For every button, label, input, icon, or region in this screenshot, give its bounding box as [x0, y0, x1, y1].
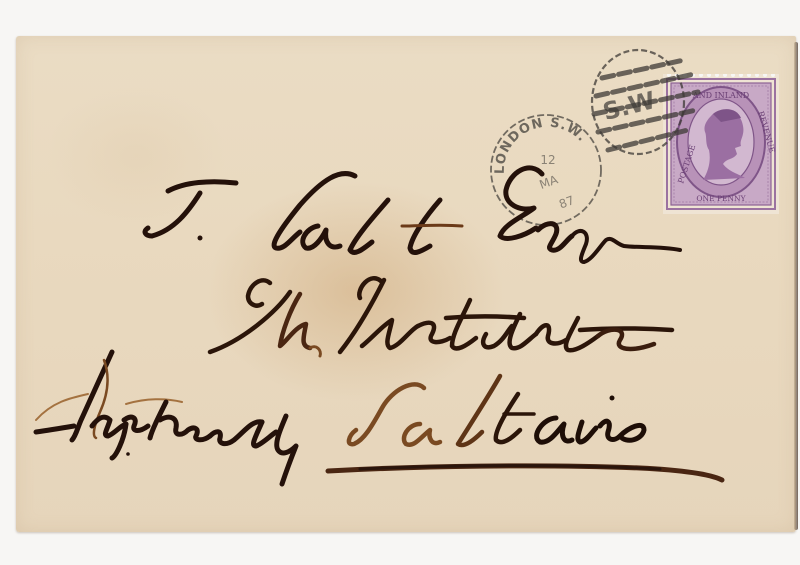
handwritten-address: [0, 0, 800, 565]
annotation-bradford: [36, 352, 296, 484]
address-line-1: [145, 168, 680, 262]
address-line-2: [210, 278, 672, 356]
address-line-3: [349, 376, 644, 445]
